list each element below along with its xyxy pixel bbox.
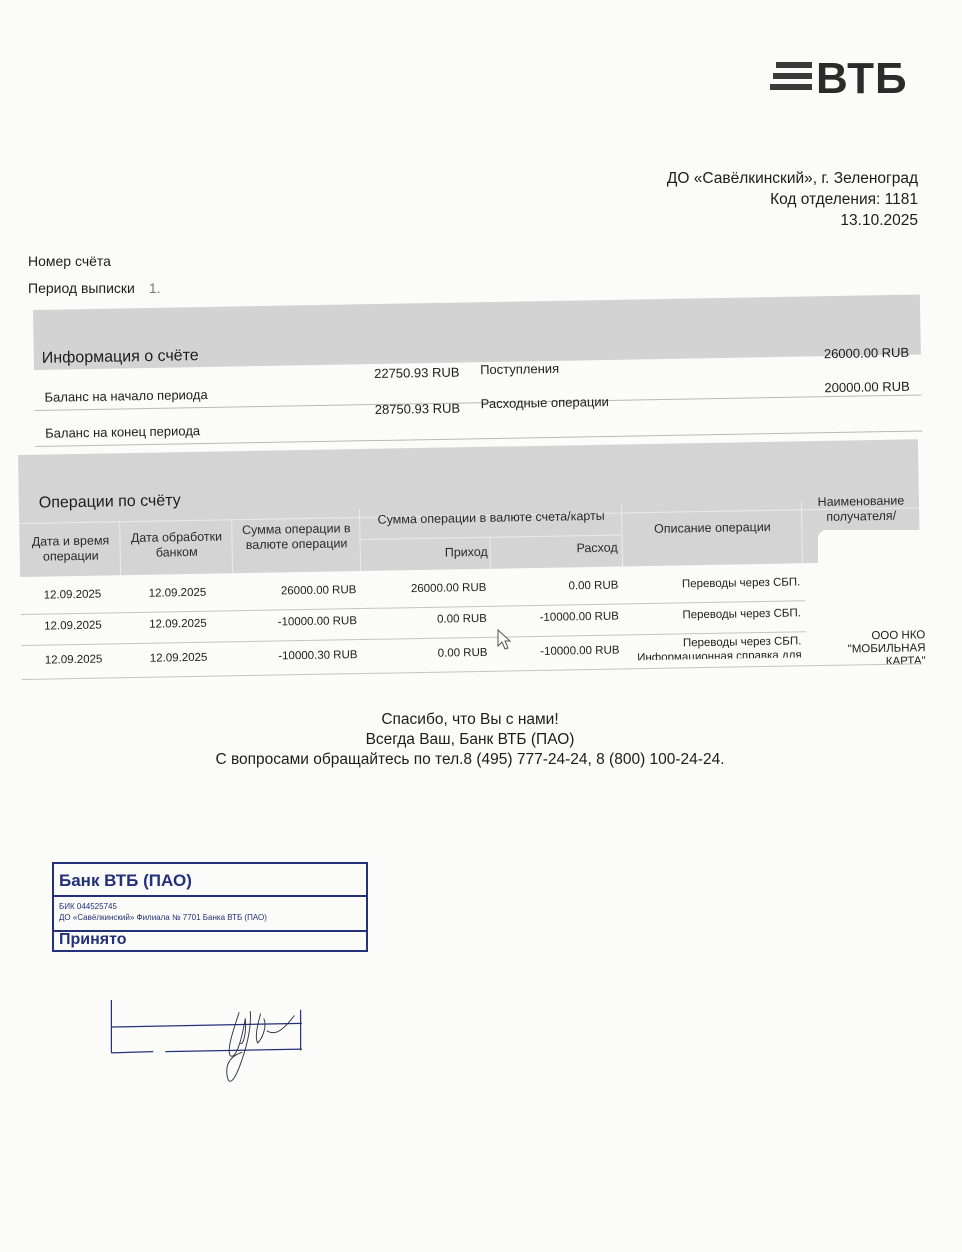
closing-balance-label: Баланс на конец периода — [45, 423, 200, 441]
col-counterparty: Наименование получателя/ Отправителя — [803, 493, 920, 525]
cell-processed: 12.09.2025 — [125, 617, 231, 631]
col-processed: Дата обработки банком — [121, 529, 232, 561]
cell-processed: 12.09.2025 — [124, 586, 230, 600]
expense-value: 20000.00 RUB — [824, 379, 910, 395]
cell-income: 26000.00 RUB — [364, 582, 486, 596]
signature-icon — [227, 1011, 295, 1081]
opening-balance-value: 22750.93 RUB — [374, 365, 460, 381]
account-info-section: Информация о счёте Баланс на начало пери… — [33, 295, 920, 310]
stamp-bank-name: Банк ВТБ (ПАО) — [59, 871, 192, 891]
col-datetime: Дата и время операции — [21, 533, 120, 565]
signature-box — [50, 1000, 362, 1086]
cell-description-extra: Информационная справка для — [626, 649, 802, 660]
bank-line: Всегда Ваш, Банк ВТБ (ПАО) — [0, 730, 940, 750]
cell-amount-op: 26000.00 RUB — [234, 584, 356, 598]
stamp-branch: ДО «Савёлкинский» Филиала № 7701 Банка В… — [59, 913, 267, 922]
closing-balance-value: 28750.93 RUB — [375, 401, 461, 417]
cell-expense: 0.00 RUB — [494, 580, 618, 594]
col-amount-op: Сумма операции в валюте операции — [233, 521, 360, 553]
logo-stripes-icon — [770, 62, 812, 95]
operations-section: Операции по счёту Дата и время операции … — [18, 439, 923, 455]
thanks-line: Спасибо, что Вы с нами! — [0, 710, 940, 730]
cell-amount-op: -10000.30 RUB — [235, 649, 357, 663]
branch-info: ДО «Савёлкинский», г. Зеленоград Код отд… — [667, 168, 918, 231]
cell-amount-op: -10000.00 RUB — [235, 615, 357, 629]
period-label: Период выписки — [28, 280, 135, 296]
cell-processed: 12.09.2025 — [125, 651, 231, 665]
account-info-title: Информация о счёте — [42, 347, 199, 368]
stamp-bik: БИК 044525745 — [59, 902, 117, 911]
stamp-status: Принято — [59, 931, 127, 949]
cell-income: 0.00 RUB — [365, 647, 487, 661]
col-expense: Расход — [492, 541, 618, 558]
cell-income: 0.00 RUB — [365, 613, 487, 627]
branch-name: ДО «Савёлкинский», г. Зеленоград — [667, 168, 918, 189]
cell-expense: -10000.00 RUB — [495, 611, 619, 625]
mouse-cursor-icon — [496, 628, 516, 654]
account-details: Номер счёта Период выписки1. — [28, 248, 161, 302]
bank-stamp: Банк ВТБ (ПАО) БИК 044525745 ДО «Савёлки… — [52, 862, 368, 952]
cell-description: Переводы через СБП. — [624, 576, 800, 591]
period-value: 1. — [149, 280, 161, 296]
cell-datetime: 12.09.2025 — [25, 653, 121, 667]
expense-label: Расходные операции — [481, 394, 609, 411]
income-label: Поступления — [480, 361, 559, 377]
logo-text: ВТБ — [816, 54, 908, 104]
account-number-label: Номер счёта — [28, 253, 111, 269]
col-description: Описание операции — [623, 519, 801, 537]
income-value: 26000.00 RUB — [824, 345, 910, 361]
contacts-line: С вопросами обращайтесь по тел.8 (495) 7… — [0, 750, 940, 770]
operations-title: Операции по счёту — [39, 492, 181, 512]
cell-datetime: 12.09.2025 — [25, 619, 121, 633]
branch-code: Код отделения: 1181 — [667, 189, 918, 210]
statement-date: 13.10.2025 — [667, 210, 918, 231]
footer-message: Спасибо, что Вы с нами! Всегда Ваш, Банк… — [0, 710, 940, 770]
cell-datetime: 12.09.2025 — [24, 588, 120, 602]
col-income: Приход — [362, 545, 488, 562]
cell-description: Переводы через СБП. — [625, 635, 801, 650]
opening-balance-label: Баланс на начало периода — [44, 387, 207, 405]
cell-description: Переводы через СБП. — [625, 607, 801, 622]
